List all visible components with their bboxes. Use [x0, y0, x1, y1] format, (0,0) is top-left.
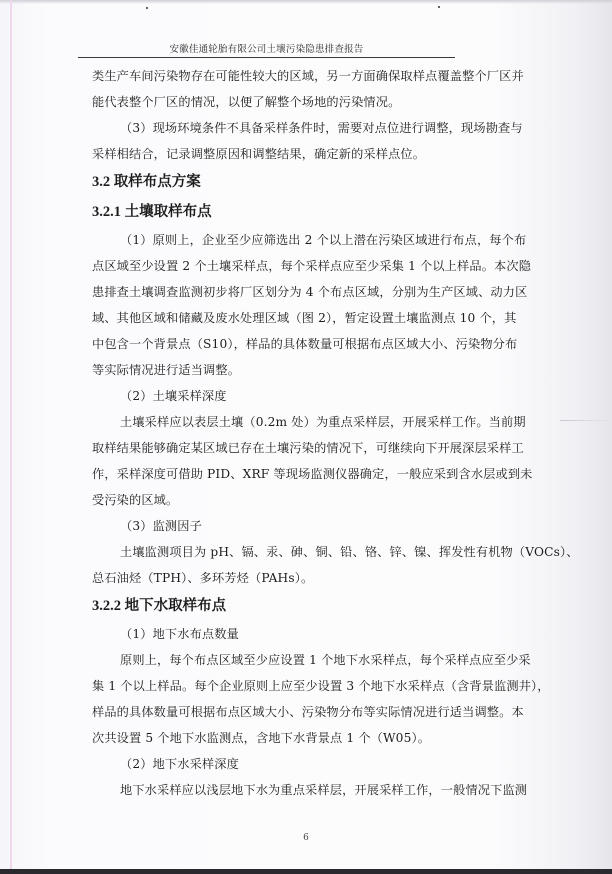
header-rule [78, 57, 455, 58]
paragraph-line: 土壤监测项目为 pH、镉、汞、砷、铜、铅、铬、锌、镍、挥发性有机物（VOCs）、 [92, 539, 474, 565]
paragraph-line: 类生产车间污染物存在可能性较大的区域，另一方面确保取样点覆盖整个厂区并 [92, 63, 474, 89]
paragraph-line: 能代表整个厂区的情况，以便了解整个场地的污染情况。 [92, 89, 474, 115]
page-number: 6 [300, 833, 312, 843]
scan-artifact-line [560, 420, 612, 421]
document-body: 类生产车间污染物存在可能性较大的区域，另一方面确保取样点覆盖整个厂区并 能代表整… [92, 63, 474, 803]
subheading-monitoring-factors: （3）监测因子 [92, 513, 474, 539]
scan-speck [146, 7, 148, 9]
paragraph-line: 作，采样深度可借助 PID、XRF 等现场监测仪器确定，一般应采到含水层或到未 [92, 461, 474, 487]
scan-speck [438, 6, 440, 8]
scan-left-edge [10, 0, 12, 874]
scanned-page: 安徽佳通轮胎有限公司土壤污染隐患排查报告 类生产车间污染物存在可能性较大的区域，… [0, 0, 612, 874]
subheading-soil-depth: （2）土壤采样深度 [92, 383, 474, 409]
paragraph-line: 原则上，每个布点区域至少应设置 1 个地下水采样点，每个采样点应至少采 [92, 647, 474, 673]
paragraph-line: 等实际情况进行适当调整。 [92, 357, 474, 383]
paragraph-line: 取样结果能够确定某区域已存在土壤污染的情况下，可继续向下开展深层采样工 [92, 435, 474, 461]
paragraph-line: 地下水采样应以浅层地下水为重点采样层，开展采样工作，一般情况下监测 [92, 777, 474, 803]
paragraph-line: 采样相结合，记录调整原因和调整结果，确定新的采样点位。 [92, 141, 474, 167]
section-heading-3-2-1: 3.2.1 土壤取样布点 [92, 197, 474, 227]
paragraph-line: （1）原则上，企业至少应筛选出 2 个以上潜在污染区域进行布点，每个布 [92, 227, 474, 253]
paragraph-line: 域、其他区域和储藏及废水处理区域（图 2），暂定设置土壤监测点 10 个，其 [92, 305, 474, 331]
paragraph-line: 患排查土壤调查监测初步将厂区划分为 4 个布点区域，分别为生产区域、动力区 [92, 279, 474, 305]
subheading-groundwater-count: （1）地下水布点数量 [92, 621, 474, 647]
paragraph-line: 总石油烃（TPH）、多环芳烃（PAHs）。 [92, 565, 474, 591]
paragraph-line: 点区域至少设置 2 个土壤采样点，每个采样点应至少采集 1 个以上样品。本次隐 [92, 253, 474, 279]
scan-bottom-edge [0, 869, 612, 874]
section-heading-3-2-2: 3.2.2 地下水取样布点 [92, 591, 474, 621]
scan-top-shadow [0, 0, 612, 4]
paragraph-line: 样品的具体数量可根据布点区域大小、污染物分布等实际情况进行适当调整。本 [92, 699, 474, 725]
subheading-groundwater-depth: （2）地下水采样深度 [92, 751, 474, 777]
paragraph-line: 集 1 个以上样品。每个企业原则上应至少设置 3 个地下水采样点（含背景监测井）… [92, 673, 474, 699]
paragraph-line: （3）现场环境条件不具备采样条件时，需要对点位进行调整，现场勘查与 [92, 115, 474, 141]
running-header: 安徽佳通轮胎有限公司土壤污染隐患排查报告 [78, 41, 455, 55]
paragraph-line: 次共设置 5 个地下水监测点，含地下水背景点 1 个（W05）。 [92, 725, 474, 751]
paragraph-line: 土壤采样应以表层土壤（0.2m 处）为重点采样层，开展采样工作。当前期 [92, 409, 474, 435]
section-heading-3-2: 3.2 取样布点方案 [92, 167, 474, 197]
paragraph-line: 中包含一个背景点（S10），样品的具体数量可根据布点区域大小、污染物分布 [92, 331, 474, 357]
paragraph-line: 受污染的区域。 [92, 487, 474, 513]
